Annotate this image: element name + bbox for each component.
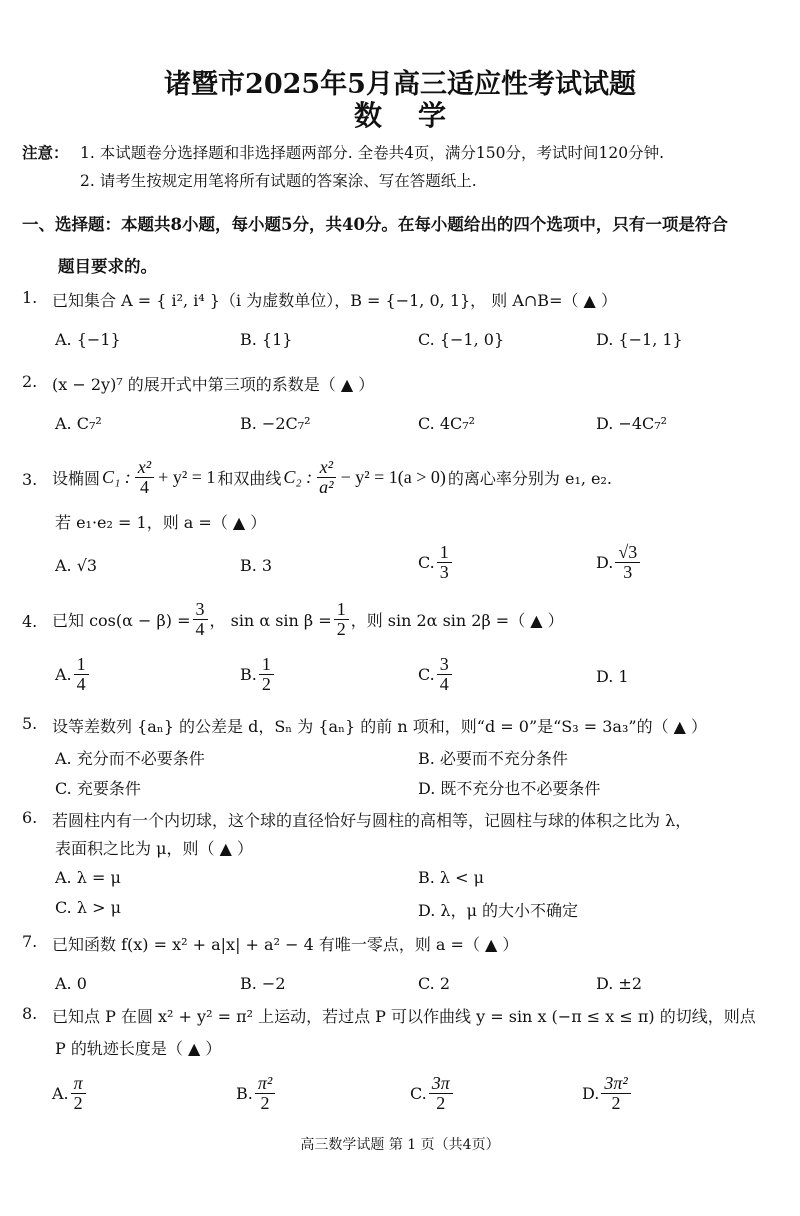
question-4-option-c[interactable]: C. 34 bbox=[418, 655, 454, 694]
question-4-option-b[interactable]: B. 12 bbox=[240, 655, 276, 694]
question-3-option-a[interactable]: A. √3 bbox=[55, 556, 97, 575]
q3-c2-fraction: x²a² bbox=[316, 458, 336, 497]
q3-c2-rest: − y² = 1(a > 0) bbox=[341, 467, 446, 488]
q3-text-pre: 设椭圆 bbox=[52, 466, 100, 489]
q3-text-post: 的离心率分别为 e₁, e₂. bbox=[448, 466, 612, 489]
question-7-option-a[interactable]: A. 0 bbox=[55, 974, 87, 993]
question-7-option-b[interactable]: B. −2 bbox=[240, 974, 286, 993]
notes-label: 注意： bbox=[22, 141, 69, 163]
question-8-option-b[interactable]: B. π²2 bbox=[236, 1074, 277, 1113]
question-3-stem: 设椭圆 C₁ : x²4 + y² = 1 和双曲线 C₂ : x²a² − y… bbox=[52, 458, 612, 497]
question-6-number: 6. bbox=[22, 808, 37, 827]
question-8-stem: 已知点 P 在圆 x² + y² = π² 上运动，若过点 P 可以作曲线 y … bbox=[52, 1004, 756, 1027]
question-6-option-a[interactable]: A. λ = μ bbox=[55, 868, 121, 887]
question-3-option-b[interactable]: B. 3 bbox=[240, 556, 272, 575]
question-6-option-d[interactable]: D. λ，μ 的大小不确定 bbox=[418, 898, 578, 921]
q3d-fraction: √33 bbox=[615, 543, 640, 582]
section-heading-line2: 题目要求的。 bbox=[58, 253, 157, 277]
question-4-stem: 已知 cos(α − β) = 34 ， sin α sin β = 12 ，则… bbox=[52, 600, 564, 639]
question-1-option-d[interactable]: D. {−1, 1} bbox=[596, 330, 683, 349]
question-8-option-a[interactable]: A. π2 bbox=[52, 1074, 88, 1113]
question-5-option-c[interactable]: C. 充要条件 bbox=[55, 776, 141, 799]
question-6-option-b[interactable]: B. λ < μ bbox=[418, 868, 484, 887]
q4-sin-fraction: 12 bbox=[334, 600, 349, 639]
question-5-option-a[interactable]: A. 充分而不必要条件 bbox=[55, 746, 205, 769]
question-8-option-d[interactable]: D. 3π²2 bbox=[582, 1074, 633, 1113]
question-4-option-d[interactable]: D. 1 bbox=[596, 667, 629, 686]
question-2-option-b[interactable]: B. −2C₇² bbox=[240, 414, 311, 433]
section-heading-line1: 一、选择题：本题共8小题，每小题5分，共40分。在每小题给出的四个选项中，只有一… bbox=[22, 211, 728, 235]
question-6-stem: 若圆柱内有一个内切球，这个球的直径恰好与圆柱的高相等，记圆柱与球的体积之比为 λ… bbox=[52, 808, 691, 831]
question-7-option-c[interactable]: C. 2 bbox=[418, 974, 450, 993]
q3-c1-fraction: x²4 bbox=[135, 458, 154, 497]
q3c-fraction: 13 bbox=[437, 543, 452, 582]
question-2-number: 2. bbox=[22, 372, 37, 391]
question-2-stem: (x − 2y)⁷ 的展开式中第三项的系数是（ ▲ ） bbox=[52, 372, 374, 395]
question-3-number: 3. bbox=[22, 470, 37, 489]
q4-cos-fraction: 34 bbox=[193, 600, 208, 639]
page-footer: 高三数学试题 第 1 页（共4页） bbox=[0, 1134, 800, 1154]
subject-title: 数学 bbox=[0, 94, 800, 134]
question-2-option-c[interactable]: C. 4C₇² bbox=[418, 414, 475, 433]
note-item-1: 1. 本试题卷分选择题和非选择题两部分. 全卷共4页，满分150分，考试时间12… bbox=[80, 141, 664, 163]
question-2-option-a[interactable]: A. C₇² bbox=[55, 414, 102, 433]
question-5-number: 5. bbox=[22, 714, 37, 733]
note-item-2: 2. 请考生按规定用笔将所有试题的答案涂、写在答题纸上. bbox=[80, 169, 477, 191]
question-6-stem-line2: 表面积之比为 μ，则（ ▲ ） bbox=[55, 836, 253, 859]
question-5-option-b[interactable]: B. 必要而不充分条件 bbox=[418, 746, 568, 769]
question-8-option-c[interactable]: C. 3π2 bbox=[410, 1074, 455, 1113]
question-5-stem: 设等差数列 {aₙ} 的公差是 d，Sₙ 为 {aₙ} 的前 n 项和，则“d … bbox=[52, 714, 707, 737]
q3-text-mid: 和双曲线 bbox=[217, 466, 281, 489]
q3-c1-rest: + y² = 1 bbox=[158, 467, 215, 488]
question-1-option-c[interactable]: C. {−1, 0} bbox=[418, 330, 504, 349]
question-3-option-c[interactable]: C. 13 bbox=[418, 543, 454, 582]
q3-c2-label: C₂ : bbox=[283, 467, 312, 488]
question-2-option-d[interactable]: D. −4C₇² bbox=[596, 414, 667, 433]
question-4-number: 4. bbox=[22, 612, 37, 631]
question-4-option-a[interactable]: A. 14 bbox=[55, 655, 91, 694]
question-6-option-c[interactable]: C. λ > μ bbox=[55, 898, 121, 917]
question-8-number: 8. bbox=[22, 1004, 37, 1023]
question-7-stem: 已知函数 f(x) = x² + a|x| + a² − 4 有唯一零点，则 a… bbox=[52, 932, 518, 955]
question-3-stem-line2: 若 e₁·e₂ = 1，则 a =（ ▲ ） bbox=[55, 510, 266, 533]
question-1-option-b[interactable]: B. {1} bbox=[240, 330, 292, 349]
question-1-stem: 已知集合 A = { i², i⁴ }（i 为虚数单位），B = {−1, 0,… bbox=[52, 288, 617, 311]
question-7-option-d[interactable]: D. ±2 bbox=[596, 974, 642, 993]
question-1-option-a[interactable]: A. {−1} bbox=[55, 330, 121, 349]
question-5-option-d[interactable]: D. 既不充分也不必要条件 bbox=[418, 776, 600, 799]
question-3-option-d[interactable]: D. √33 bbox=[596, 543, 642, 582]
question-7-number: 7. bbox=[22, 932, 37, 951]
question-8-stem-line2: P 的轨迹长度是（ ▲ ） bbox=[55, 1036, 221, 1059]
question-1-number: 1. bbox=[22, 288, 37, 307]
q3-c1-label: C₁ : bbox=[102, 467, 131, 488]
